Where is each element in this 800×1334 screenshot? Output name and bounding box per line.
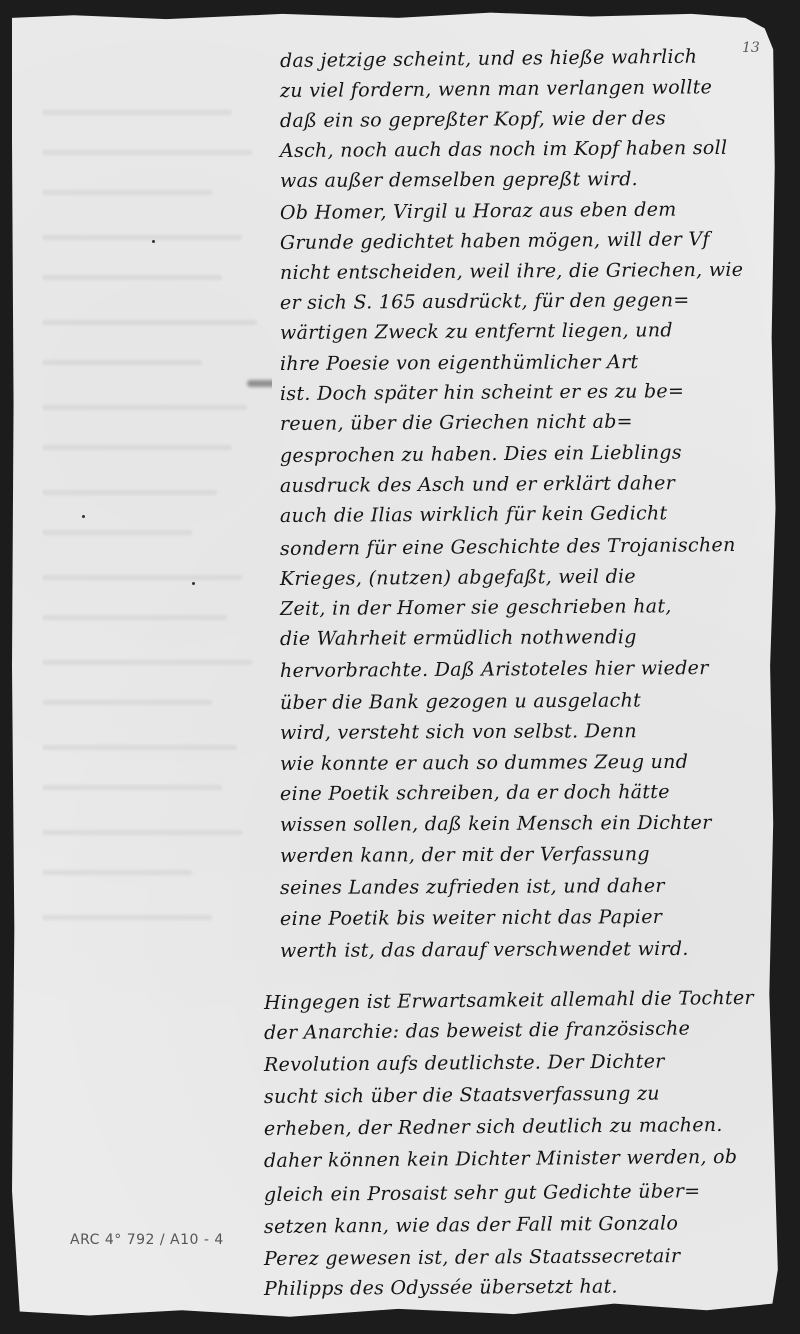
- manuscript-line: Ob Homer, Virgil u Horaz aus eben dem: [280, 199, 677, 224]
- manuscript-line: eine Poetik bis weiter nicht das Papier: [280, 906, 662, 930]
- manuscript-line: erheben, der Redner sich deutlich zu mac…: [264, 1114, 723, 1140]
- manuscript-line: wie konnte er auch so dummes Zeug und: [280, 751, 688, 775]
- manuscript-line: die Wahrheit ermüdlich nothwendig: [280, 626, 637, 650]
- archive-shelfmark: ARC 4° 792 / A10 - 4: [70, 1232, 224, 1248]
- manuscript-line: Hingegen ist Erwartsamkeit allemahl die …: [264, 987, 754, 1014]
- manuscript-line: auch die Ilias wirklich für kein Gedicht: [280, 502, 668, 527]
- manuscript-line: Perez gewesen ist, der als Staatssecreta…: [264, 1245, 681, 1270]
- manuscript-line: Grunde gedichtet haben mögen, will der V…: [280, 228, 710, 254]
- manuscript-line: wärtigen Zweck zu entfernt liegen, und: [280, 319, 673, 344]
- ink-speck: [192, 582, 195, 585]
- manuscript-line: werth ist, das darauf verschwendet wird.: [280, 938, 689, 962]
- manuscript-line: gleich ein Prosaist sehr gut Gedichte üb…: [264, 1180, 701, 1206]
- manuscript-line: er sich S. 165 ausdrückt, für den gegen=: [280, 289, 690, 314]
- manuscript-line: reuen, über die Griechen nicht ab=: [280, 411, 633, 435]
- page-number: 13: [742, 40, 760, 56]
- manuscript-line: Asch, noch auch das noch im Kopf haben s…: [280, 137, 728, 162]
- manuscript-line: das jetzige scheint, und es hieße wahrli…: [280, 46, 697, 72]
- manuscript-line: über die Bank gezogen u ausgelacht: [280, 689, 641, 714]
- manuscript-line: Krieges, (nutzen) abgefaßt, weil die: [280, 566, 636, 590]
- manuscript-line: zu viel fordern, wenn man verlangen woll…: [280, 76, 712, 102]
- ink-speck: [82, 515, 85, 518]
- manuscript-line: ihre Poesie von eigenthümlicher Art: [280, 351, 638, 375]
- margin-mark: [789, 140, 794, 154]
- manuscript-line: hervorbrachte. Daß Aristoteles hier wied…: [280, 657, 709, 682]
- ink-speck: [152, 240, 155, 243]
- manuscript-line: was außer demselben gepreßt wird.: [280, 168, 638, 192]
- manuscript-line: sucht sich über die Staatsverfassung zu: [264, 1083, 660, 1108]
- manuscript-line: Zeit, in der Homer sie geschrieben hat,: [280, 595, 672, 620]
- manuscript-line: ist. Doch später hin scheint er es zu be…: [280, 380, 684, 405]
- manuscript-line: wird, versteht sich von selbst. Denn: [280, 720, 637, 744]
- bleed-through-text: [42, 70, 272, 970]
- manuscript-line: nicht entscheiden, weil ihre, die Griech…: [280, 259, 743, 284]
- manuscript-line: der Anarchie: das beweist die französisc…: [264, 1018, 690, 1044]
- manuscript-paper: 13 das jetzige scheint, und es hieße wah…: [12, 10, 784, 1322]
- manuscript-line: setzen kann, wie das der Fall mit Gonzal…: [264, 1212, 678, 1238]
- manuscript-line: sondern für eine Geschichte des Trojanis…: [280, 534, 736, 560]
- manuscript-line: Revolution aufs deutlichste. Der Dichter: [264, 1051, 665, 1076]
- manuscript-line: wissen sollen, daß kein Mensch ein Dicht…: [280, 812, 712, 836]
- manuscript-line: daß ein so gepreßter Kopf, wie der des: [280, 107, 666, 132]
- manuscript-line: daher können kein Dichter Minister werde…: [264, 1146, 738, 1172]
- manuscript-line: ausdruck des Asch und er erklärt daher: [280, 472, 675, 497]
- margin-mark: [789, 980, 794, 994]
- manuscript-line: eine Poetik schreiben, da er doch hätte: [280, 781, 670, 805]
- scanned-page: 13 das jetzige scheint, und es hieße wah…: [0, 0, 800, 1334]
- manuscript-line: seines Landes zufrieden ist, und daher: [280, 875, 665, 899]
- manuscript-line: werden kann, der mit der Verfassung: [280, 843, 650, 867]
- manuscript-line: Philipps des Odyssée übersetzt hat.: [264, 1276, 618, 1300]
- manuscript-line: gesprochen zu haben. Dies ein Lieblings: [280, 441, 682, 467]
